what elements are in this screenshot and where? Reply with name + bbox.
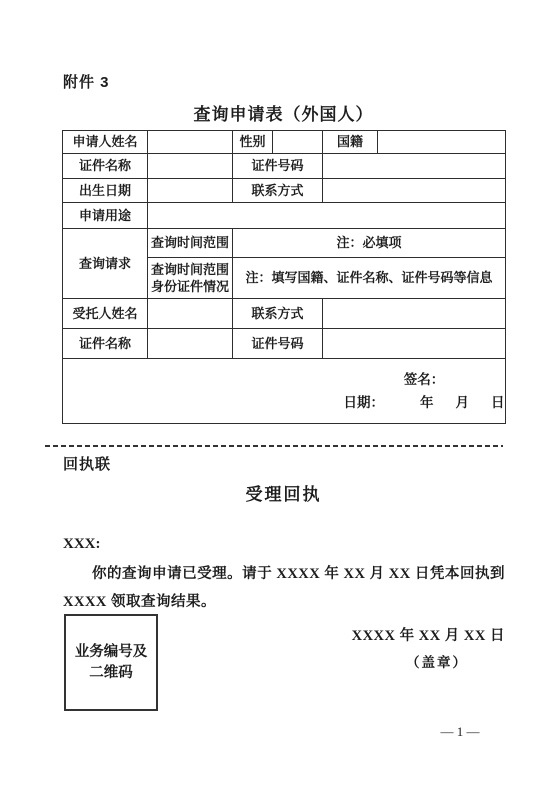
query-request-label: 查询请求 [63,229,148,299]
table-row: 出生日期 联系方式 [63,179,506,203]
trustee-contact-value-cell [323,299,506,329]
month-label: 月 [456,395,470,410]
form-title: 查询申请表（外国人） [62,100,505,125]
seal-label: （盖章） [406,651,468,671]
applicant-id-name-label: 证件名称 [63,154,148,179]
trustee-contact-label: 联系方式 [233,299,323,329]
receipt-section-label: 回执联 [63,453,111,474]
applicant-name-value-cell [148,131,233,154]
receipt-salutation: XXX: [63,536,101,553]
trustee-id-number-label: 证件号码 [233,329,323,359]
trustee-id-name-label: 证件名称 [63,329,148,359]
day-label: 日 [491,395,505,410]
query-time-range-label: 查询时间范围 [148,229,233,258]
purpose-value-cell [148,203,506,229]
query-required-note: 注：必填项 [233,229,506,258]
application-form-table: 申请人姓名 性别 国籍 证件名称 证件号码 出生日期 联系方式 申请用途 [62,130,506,424]
query-time-range-label-2: 查询时间范围 [148,261,232,278]
table-row: 证件名称 证件号码 [63,329,506,359]
applicant-name-label: 申请人姓名 [63,131,148,154]
receipt-title: 受理回执 [62,480,505,505]
nationality-value-cell [378,131,506,154]
query-id-status-label: 查询时间范围 身份证件情况 [148,258,233,299]
trustee-name-label: 受托人姓名 [63,299,148,329]
year-label: 年 [420,395,434,410]
purpose-label: 申请用途 [63,203,148,229]
query-fill-note: 注：填写国籍、证件名称、证件号码等信息 [233,258,506,299]
table-row: 申请人姓名 性别 国籍 [63,131,506,154]
gender-label: 性别 [233,131,273,154]
trustee-id-name-value-cell [148,329,233,359]
business-number-qr-box: 业务编号及 二维码 [64,614,158,711]
table-row: 证件名称 证件号码 [63,154,506,179]
receipt-body-text: 你的查询申请已受理。请于 XXXX 年 XX 月 XX 日凭本回执到 XXXX … [63,560,505,616]
applicant-id-number-label: 证件号码 [233,154,323,179]
applicant-contact-label: 联系方式 [233,179,323,203]
signature-cell: 签名： 日期：年月日 [63,359,506,424]
date-line: 日期：年月日 [343,391,505,414]
applicant-id-number-value-cell [323,154,506,179]
page-number: — 1 — [430,724,490,740]
receipt-date-placeholder: XXXX 年 XX 月 XX 日 [340,624,505,645]
birth-date-label: 出生日期 [63,179,148,203]
table-row: 受托人姓名 联系方式 [63,299,506,329]
trustee-name-value-cell [148,299,233,329]
table-row: 查询请求 查询时间范围 注：必填项 [63,229,506,258]
applicant-contact-value-cell [323,179,506,203]
tear-off-dashed-line [45,445,503,447]
birth-date-value-cell [148,179,233,203]
nationality-label: 国籍 [323,131,378,154]
trustee-id-number-value-cell [323,329,506,359]
document-page: 附件 3 查询申请表（外国人） 申请人姓名 性别 国籍 证件名称 证件号码 [0,0,557,786]
applicant-id-name-value-cell [148,154,233,179]
attachment-label: 附件 3 [63,71,110,92]
signature-line: 签名： [343,368,505,391]
date-label: 日期： [344,395,385,410]
table-row: 签名： 日期：年月日 [63,359,506,424]
qr-box-label-line1: 业务编号及 [75,642,148,663]
id-status-label: 身份证件情况 [148,278,232,295]
qr-box-label-line2: 二维码 [89,663,133,684]
table-row: 申请用途 [63,203,506,229]
gender-value-cell [273,131,323,154]
signature-label: 签名： [404,372,445,387]
signature-block: 签名： 日期：年月日 [63,368,505,414]
